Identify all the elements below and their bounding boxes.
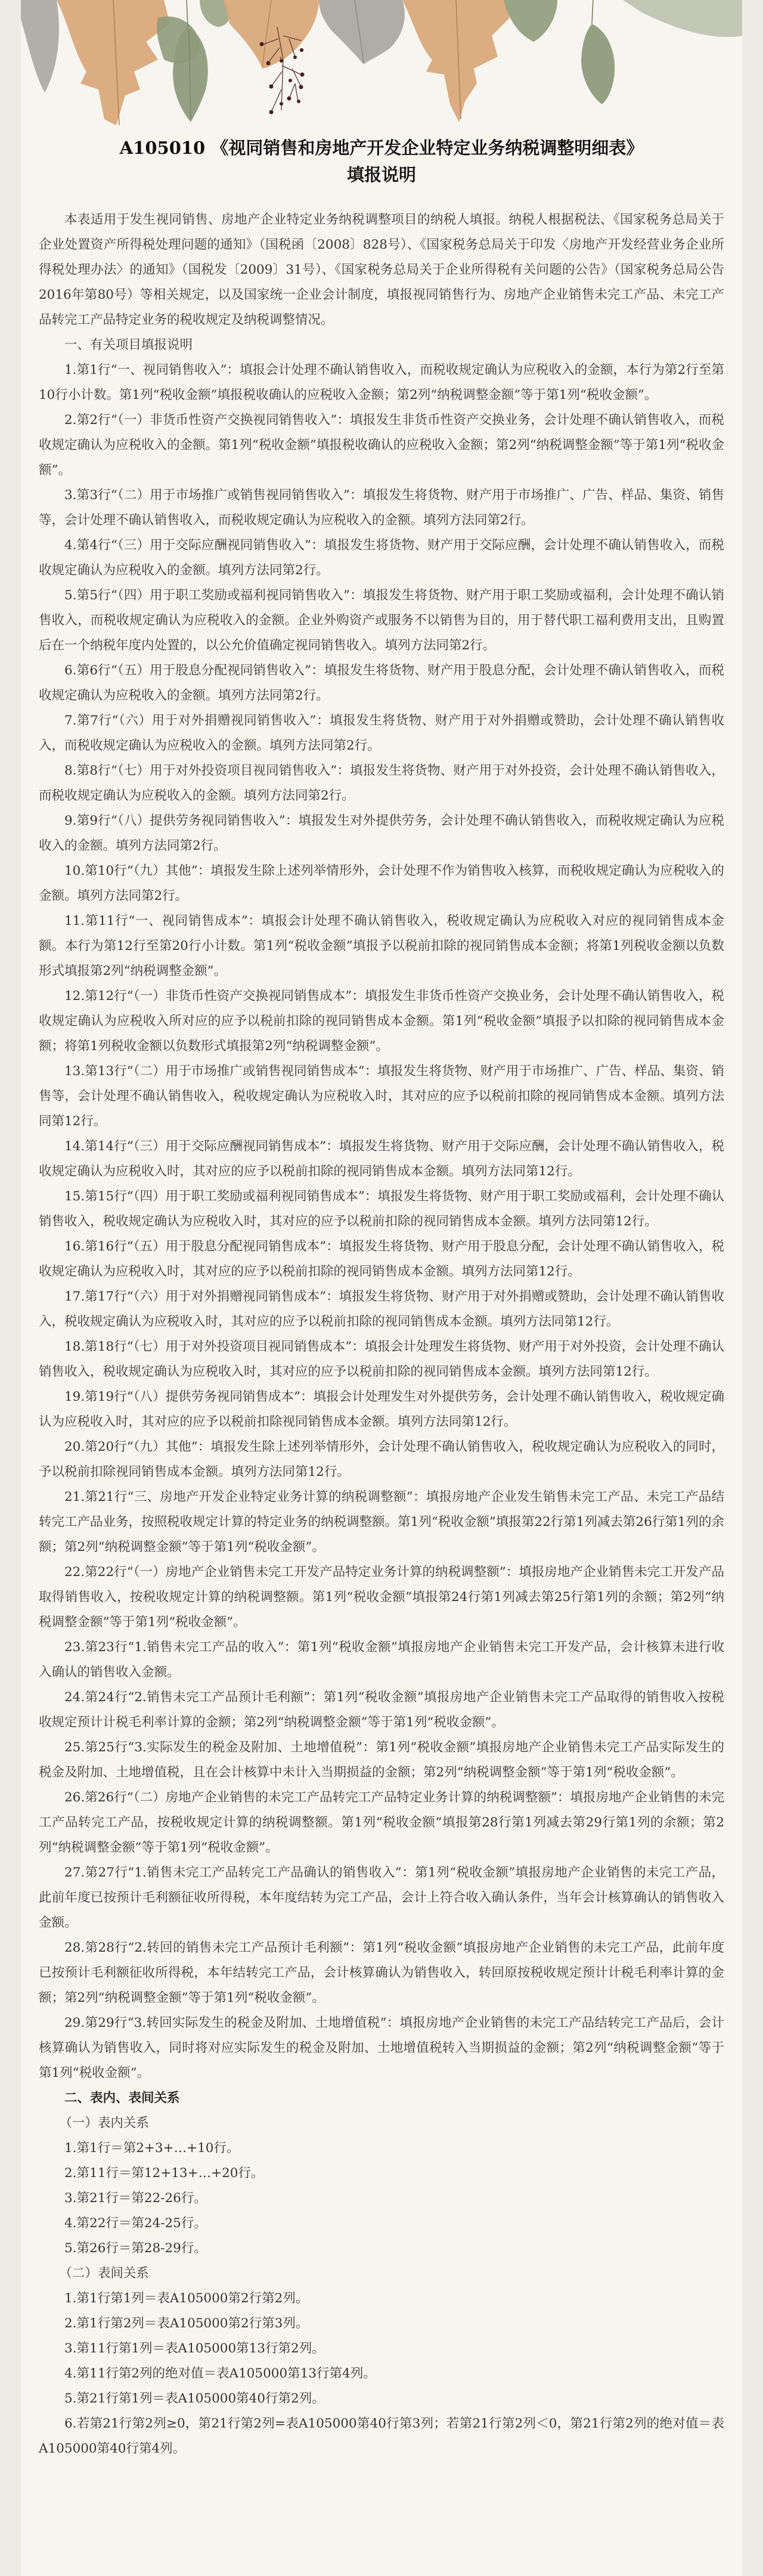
item-paragraph: 25.第25行“3.实际发生的税金及附加、土地增值税”：第1列“税收金额”填报房… — [39, 1735, 724, 1785]
item-paragraph: 3.第3行“（二）用于市场推广或销售视同销售收入”：填报发生将货物、财产用于市场… — [39, 483, 724, 533]
item-paragraph: 26.第26行“（二）房地产企业销售的未完工产品转完工产品特定业务计算的纳税调整… — [39, 1785, 724, 1860]
item-paragraph: 21.第21行“三、房地产开发企业特定业务计算的纳税调整额”：填报房地产企业发生… — [39, 1485, 724, 1560]
document-title: A105010 《视同销售和房地产开发企业特定业务纳税调整明细表》 填报说明 — [21, 135, 742, 188]
item-paragraph: 27.第27行“1.销售未完工产品转完工产品确认的销售收入”：第1列“税收金额”… — [39, 1860, 724, 1936]
item-paragraph: 9.第9行“（八）提供劳务视同销售收入”：填报发生对外提供劳务，会计处理不确认销… — [39, 809, 724, 859]
item-paragraph: 12.第12行“（一）非货币性资产交换视同销售成本”：填报发生非货币性资产交换业… — [39, 984, 724, 1059]
inner-relation-item: 1.第1行＝第2+3+…+10行。 — [39, 2136, 724, 2161]
item-paragraph: 22.第22行“（一）房地产企业销售未完工开发产品特定业务计算的纳税调整额”：填… — [39, 1560, 724, 1635]
item-paragraph: 10.第10行“（九）其他”：填报发生除上述列举情形外，会计处理不作为销售收入核… — [39, 859, 724, 909]
leaves-illustration-icon — [21, 0, 742, 131]
inter-relation-item: 3.第11行第1列＝表A105000第13行第2列。 — [39, 2336, 724, 2361]
item-paragraph: 28.第28行“2.转回的销售未完工产品预计毛利额”：第1列“税收金额”填报房地… — [39, 1936, 724, 2011]
section-heading-1: 一、有关项目填报说明 — [39, 333, 724, 358]
item-paragraph: 11.第11行“一、视同销售成本”：填报会计处理不确认销售收入，税收规定确认为应… — [39, 909, 724, 984]
inner-relation-item: 5.第26行＝第28-29行。 — [39, 2236, 724, 2261]
subsection-heading-inter: （二）表间关系 — [39, 2261, 724, 2286]
section-heading-2: 二、表内、表间关系 — [39, 2086, 724, 2111]
item-paragraph: 29.第29行“3.转回实际发生的税金及附加、土地增值税”：填报房地产企业销售的… — [39, 2011, 724, 2086]
document-body: 本表适用于发生视同销售、房地产企业特定业务纳税调整项目的纳税人填报。纳税人根据税… — [21, 188, 742, 2485]
item-paragraph: 8.第8行“（七）用于对外投资项目视同销售收入”：填报发生将货物、财产用于对外投… — [39, 758, 724, 809]
item-paragraph: 7.第7行“（六）用于对外捐赠视同销售收入”：填报发生将货物、财产用于对外捐赠或… — [39, 708, 724, 758]
item-paragraph: 1.第1行“一、视同销售收入”：填报会计处理不确认销售收入，而税收规定确认为应税… — [39, 358, 724, 408]
item-paragraph: 6.第6行“（五）用于股息分配视同销售收入”：填报发生将货物、财产用于股息分配，… — [39, 658, 724, 708]
inter-relation-item: 6.若第21行第2列≥0，第21行第2列=表A105000第40行第3列；若第2… — [39, 2411, 724, 2462]
subsection-heading-inner: （一）表内关系 — [39, 2111, 724, 2136]
inner-relation-item: 3.第21行＝第22-26行。 — [39, 2186, 724, 2211]
item-paragraph: 4.第4行“（三）用于交际应酬视同销售收入”：填报发生将货物、财产用于交际应酬，… — [39, 533, 724, 583]
item-paragraph: 2.第2行“（一）非货币性资产交换视同销售收入”：填报发生非货币性资产交换业务，… — [39, 408, 724, 483]
item-paragraph: 15.第15行“（四）用于职工奖励或福利视同销售成本”：填报发生将货物、财产用于… — [39, 1184, 724, 1234]
document-panel: A105010 《视同销售和房地产开发企业特定业务纳税调整明细表》 填报说明 本… — [21, 0, 742, 2576]
leaf-decoration-header — [21, 0, 742, 131]
item-paragraph: 23.第23行“1.销售未完工产品的收入”：第1列“税收金额”填报房地产企业销售… — [39, 1635, 724, 1685]
intro-paragraph: 本表适用于发生视同销售、房地产企业特定业务纳税调整项目的纳税人填报。纳税人根据税… — [39, 208, 724, 333]
inner-relation-item: 2.第11行＝第12+13+…+20行。 — [39, 2161, 724, 2186]
item-paragraph: 18.第18行“（七）用于对外投资项目视同销售成本”：填报会计处理发生将货物、财… — [39, 1335, 724, 1385]
inter-relation-item: 1.第1行第1列＝表A105000第2行第2列。 — [39, 2286, 724, 2311]
item-paragraph: 20.第20行“（九）其他”：填报发生除上述列举情形外，会计处理不确认销售收入，… — [39, 1435, 724, 1485]
inter-relation-item: 2.第1行第2列＝表A105000第2行第3列。 — [39, 2311, 724, 2336]
inter-relation-item: 4.第11行第2列的绝对值＝表A105000第13行第4列。 — [39, 2361, 724, 2386]
item-paragraph: 24.第24行“2.销售未完工产品预计毛利额”：第1列“税收金额”填报房地产企业… — [39, 1685, 724, 1735]
item-paragraph: 13.第13行“（二）用于市场推广或销售视同销售成本”：填报发生将货物、财产用于… — [39, 1059, 724, 1134]
item-paragraph: 16.第16行“（五）用于股息分配视同销售成本”：填报发生将货物、财产用于股息分… — [39, 1234, 724, 1284]
item-paragraph: 5.第5行“（四）用于职工奖励或福利视同销售收入”：填报发生将货物、财产用于职工… — [39, 583, 724, 658]
item-paragraph: 14.第14行“（三）用于交际应酬视同销售成本”：填报发生将货物、财产用于交际应… — [39, 1134, 724, 1184]
inter-relation-item: 5.第21行第1列＝表A105000第40行第2列。 — [39, 2386, 724, 2411]
title-line-1: A105010 《视同销售和房地产开发企业特定业务纳税调整明细表》 — [39, 135, 724, 162]
title-line-2: 填报说明 — [39, 162, 724, 188]
item-paragraph: 17.第17行“（六）用于对外捐赠视同销售成本”：填报发生将货物、财产用于对外捐… — [39, 1284, 724, 1335]
inner-relation-item: 4.第22行＝第24-25行。 — [39, 2211, 724, 2236]
item-paragraph: 19.第19行“（八）提供劳务视同销售成本”：填报会计处理发生对外提供劳务，会计… — [39, 1385, 724, 1435]
